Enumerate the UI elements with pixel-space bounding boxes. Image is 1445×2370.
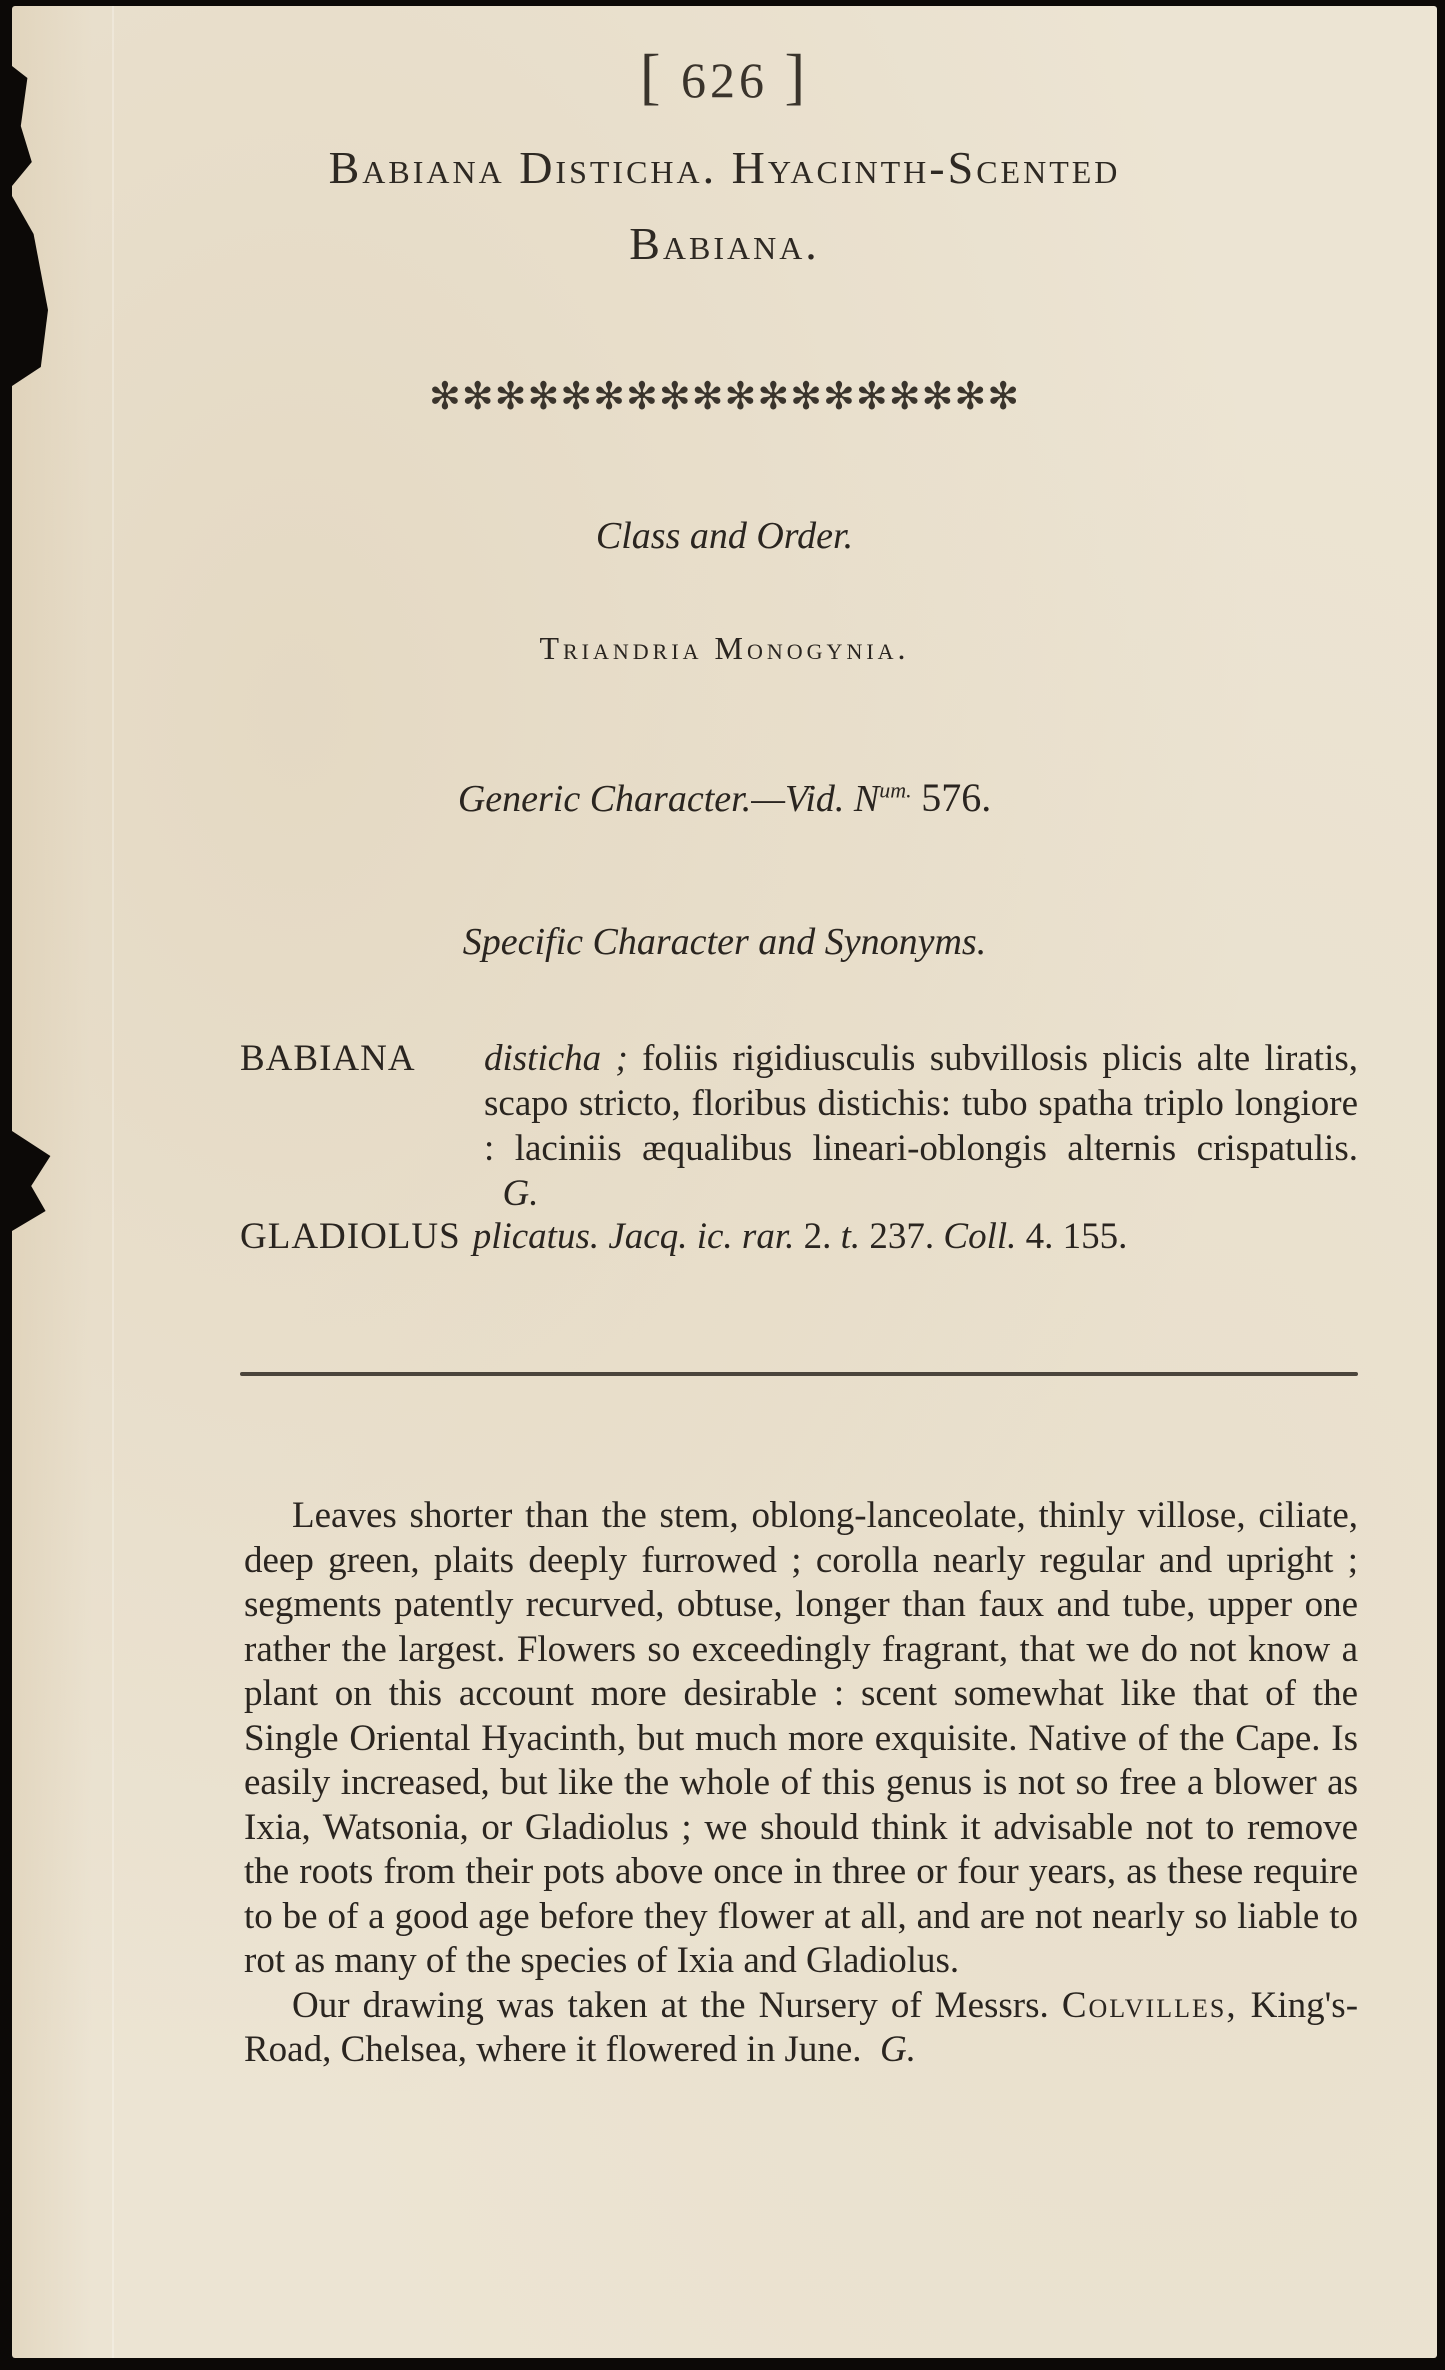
synonym-entry: BABIANA disticha ; foliis rigidiusculis … [240,1036,1358,1216]
reference-number: 576. [921,775,991,820]
specific-character-heading: Specific Character and Synonyms. [12,920,1437,964]
description-text: Leaves shorter than the stem, oblong-lan… [244,1494,1358,2073]
description-paragraph-credit: Our drawing was taken at the Nursery of … [244,1984,1358,2073]
page-title: Babiana Disticha. Hyacinth-Scented [12,130,1437,206]
class-order-heading: Class and Order. [12,514,1437,558]
description-paragraph: Leaves shorter than the stem, oblong-lan… [244,1494,1358,1984]
generic-character: Generic Character.—Vid. Num. 576. [12,774,1437,821]
genus-name: GLADIOLUS [240,1214,473,1259]
page-crease [112,6,114,2358]
nursery-name: Colvilles, [1062,1985,1238,2026]
genus-name: BABIANA [240,1036,484,1216]
species-description: disticha ; foliis rigidiusculis subvillo… [484,1036,1358,1216]
torn-edge [12,1131,60,1231]
asterisk-ornament-divider: ✻✻✻✻✻✻✻✻✻✻✻✻✻✻✻✻✻✻ [12,374,1437,418]
synonym-entry: GLADIOLUS plicatus. Jacq. ic. rar. 2. t.… [240,1214,1358,1259]
horizontal-rule [240,1372,1358,1376]
page-number-value: 626 [681,52,768,108]
page-number: [ 626 ] [12,42,1437,113]
book-page: [ 626 ] Babiana Disticha. Hyacinth-Scent… [12,6,1437,2358]
class-order-value: Triandria Monogynia. [12,630,1437,667]
synonym-reference: plicatus. Jacq. ic. rar. 2. t. 237. Coll… [473,1214,1128,1259]
page-title-continued: Babiana. [12,206,1437,282]
